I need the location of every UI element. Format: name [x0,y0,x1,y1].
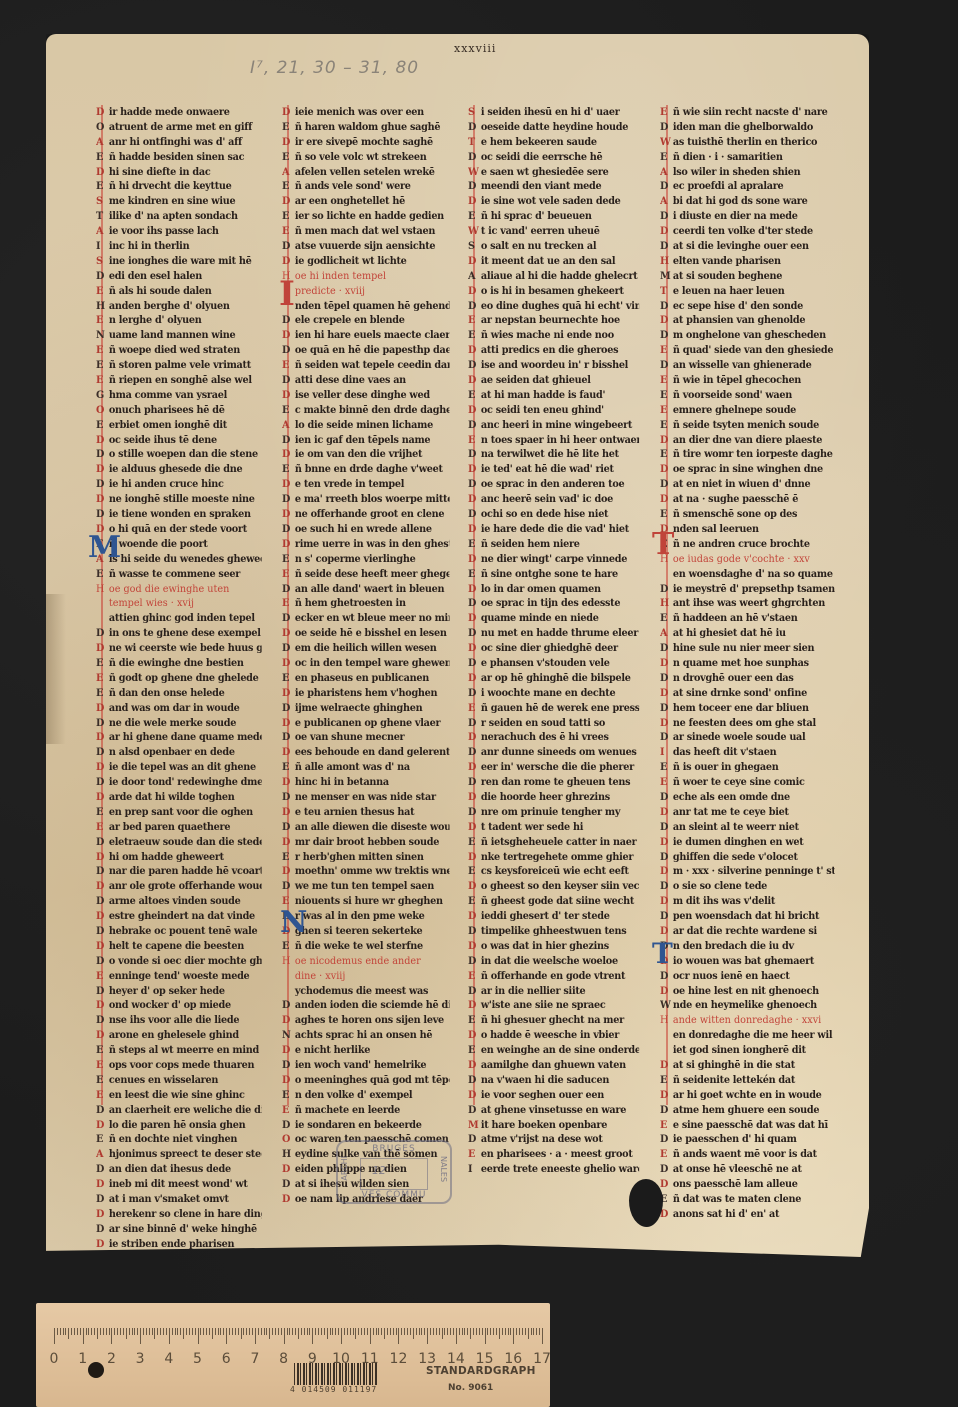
text-line: Eñ wie siin recht nacste d' nare [660,105,835,120]
line-capital: D [282,135,295,150]
line-text: hi om hadde gheweert [109,851,224,863]
line-capital: I [660,745,673,760]
text-line: Oonuch pharisees hē dē [96,403,262,418]
line-text: en prep sant voor die oghen [109,806,253,818]
line-capital: E [660,388,673,403]
line-text: an wisselle van ghienerade [673,359,812,371]
ruler-tick [209,1328,210,1335]
line-text: ne feesten dees om ghe stal [673,717,816,729]
text-line: Di woochte mane en dechte [468,686,639,701]
line-text: atme hem ghuere een soude [673,1104,819,1116]
line-text: an dien dat ihesus dede [109,1163,231,1175]
text-line: Eñ machete en leerde [282,1103,449,1118]
text-line: Dn drovghē ouer een das [660,671,835,686]
line-capital: D [96,507,109,522]
ruler-tick [384,1328,385,1339]
line-capital: D [660,1177,673,1192]
ruler-tick [309,1328,310,1335]
text-line: Danc heeri in mine wingebeert [468,418,639,433]
ruler-tick [439,1328,440,1335]
text-line: Danr ole grote offerhande woude [96,879,262,894]
ruler-hole [88,1362,104,1378]
line-capital: D [282,1192,295,1207]
line-capital: E [96,343,109,358]
text-line: Din ons te ghene dese exempel [96,626,262,641]
line-capital: D [96,850,109,865]
line-text: ghen si teeren sekerteke [295,925,423,937]
line-text: ie pharistens hem v'hoghen [295,687,437,699]
ruler-tick [347,1328,348,1335]
ruler-tick [419,1328,420,1335]
ruler-brand: STANDARDGRAPH [426,1365,536,1377]
line-text: in dat die weelsche woeloe [481,955,618,967]
text-line: Mit hare boeken openbare [468,1118,639,1133]
ruler-tick [401,1328,402,1335]
line-capital: D [660,984,673,999]
text-line: Drime uerre in was in den gheste [282,537,449,552]
stamp-bottom: VES COMMU [338,1190,450,1200]
line-text: o meeninghes quā god mt tēpel [295,1074,450,1086]
ruler-tick [528,1328,529,1339]
line-text: ñ die ewinghe dne bestien [109,657,244,669]
line-capital: D [282,328,295,343]
text-line: Die hare dede die die vad' hiet [468,522,639,537]
line-capital: D [660,1132,673,1147]
line-text: n quame met hoe sunphas [673,657,809,669]
line-capital: D [282,254,295,269]
text-line: Dherekenr so clene in hare dinghē [96,1207,262,1222]
line-text: ne menser en was nide star [295,791,436,803]
line-capital: E [468,388,481,403]
text-line: Dm dit ihs was v'delit [660,894,835,909]
line-capital: D [468,596,481,611]
text-line: Dmoethn' omme ww trektis wne [282,864,449,879]
ruler-tick [542,1328,543,1344]
line-text: at si die levinghe ouer een [673,240,809,252]
text-line: Dand was om dar in woude [96,701,262,716]
line-text: in ons te ghene dese exempel [109,627,261,639]
ruler-tick [154,1328,155,1339]
text-line: Dn den bredach die iu dv [660,939,835,954]
text-line: Do meeninghes quā god mt tēpel [282,1073,449,1088]
ruler-tick [264,1328,265,1335]
ruler-number: 1 [78,1351,87,1367]
ruler-number: 3 [136,1351,145,1367]
ruler-tick [109,1328,110,1335]
text-line: Iinc hi in therlin [96,239,262,254]
line-text: ne ionghē stille moeste nine [109,493,255,505]
text-line: Ddie hoorde heer ghrezins [468,790,639,805]
line-text: oe hine lest en nit ghenoech [673,985,819,997]
line-text: ñ dat was te maten clene [673,1193,801,1205]
line-capital: E [468,835,481,850]
text-line: Eñ en dochte niet vinghen [96,1132,262,1147]
text-line: Dan wisselle van ghienerade [660,358,835,373]
line-text: as tuisthē therlin en therico [673,136,817,148]
rubric-text: predicte · xviij [295,285,365,297]
line-text: anr tat me te ceye biet [673,806,789,818]
line-text: at i man v'smaket omvt [109,1193,229,1205]
line-capital: D [96,760,109,775]
ruler-tick [117,1328,118,1335]
ruler-tick [80,1328,81,1335]
text-line: Dit meent dat ue an den sal [468,254,639,269]
line-text: na v'waen hi die saducen [481,1074,609,1086]
line-capital: D [660,239,673,254]
line-capital: D [468,418,481,433]
line-capital: D [468,254,481,269]
ruler-tick [421,1328,422,1335]
line-text: ar hi ghene dane quame mede [109,731,262,743]
ruler-number: 17 [533,1351,551,1367]
ruler-tick [312,1328,313,1344]
line-text: em die heilich willen wesen [295,642,437,654]
line-capital: D [468,522,481,537]
line-capital: E [96,150,109,165]
text-line: Eñ ietsgheheuele catter in naer [468,835,639,850]
line-capital: D [660,686,673,701]
line-text: ine ionghes die ware mit hē [109,255,252,267]
text-line: Dhinc hi in betanna [282,775,449,790]
line-capital: E [468,894,481,909]
line-text: ec sepe hise d' den sonde [673,300,803,312]
line-text: n alsd openbaer en dede [109,746,235,758]
line-text: ne wi ceerste wie bede huus ghien [109,642,262,654]
line-capital: D [660,641,673,656]
text-line: Dar sine binnē d' weke hinghē [96,1222,262,1237]
text-line: Datti predics en die gheroes [468,343,639,358]
text-line: Also wiler in sheden shien [660,165,835,180]
ruler-tick [252,1328,253,1335]
text-line: Danc heerē sein vad' ic doe [468,492,639,507]
line-text: ie voor seghen ouer een [481,1089,604,1101]
line-text: ilike d' na apten sondach [109,210,238,222]
line-capital: D [468,984,481,999]
text-line: Eier so lichte en hadde gedien [282,209,449,224]
text-line: Dien hi hare euels maecte claer [282,328,449,343]
text-line: Dise veller dese dinghe wed [282,388,449,403]
line-capital: D [660,730,673,745]
line-text: o stille woepen dan die stene [109,448,258,460]
ruler-tick [123,1328,124,1335]
line-text: nke tertregehete omme ghier [481,851,633,863]
rubric-capital: H [282,954,295,969]
line-text: nar die paren hadde hē vcoart [109,865,262,877]
line-text: o gheest so den keyser siin vecht [481,880,639,892]
line-text: ñ smenschē sone op des [673,508,797,520]
text-line: Dem die heilich willen wesen [282,641,449,656]
line-capital: D [96,1237,109,1252]
line-text: ie meystrē d' prepsethp tsamen [673,583,835,595]
text-line: Was tuisthē therlin en therico [660,135,835,150]
ruler-tick [464,1328,465,1335]
line-text: ie voor ihs passe lach [109,225,219,237]
line-capital: D [660,864,673,879]
line-text: ls hi seide du wenedes gheweer [109,553,262,565]
line-text: n drovghē ouer een das [673,672,794,684]
ruler-tick [508,1328,509,1335]
line-capital: N [96,328,109,343]
line-text: oe such hi en wrede allene [295,523,432,535]
line-capital: E [468,537,481,552]
text-line: Dne die wele merke soude [96,716,262,731]
text-line: Dhelt te capene die beesten [96,939,262,954]
line-capital: D [96,775,109,790]
line-capital: D [468,1088,481,1103]
line-text: ñ seide dese heeft meer ghegeue [295,568,450,580]
line-text: ren dan rome te gheuen tens [481,776,630,788]
ruler-tick [149,1328,150,1335]
text-line: Tilike d' na apten sondach [96,209,262,224]
line-capital: D [282,641,295,656]
line-capital: D [96,939,109,954]
ruler-tick [258,1328,259,1335]
ruler-tick [246,1328,247,1335]
text-line: De teu arnien thesus hat [282,805,449,820]
ruler-tick [502,1328,503,1335]
line-capital: D [282,522,295,537]
text-line: Eñ wasse te commene seer [96,567,262,582]
text-line: En lerghe d' olyuen [96,313,262,328]
text-line: Dmeendi den viant mede [468,179,639,194]
ruler-tick [163,1328,164,1335]
line-capital: D [282,686,295,701]
ruler-tick [513,1328,514,1344]
line-capital: E [660,105,673,120]
ruler-tick [140,1328,141,1344]
text-line: Doc sine dier ghiedghē deer [468,641,639,656]
ruler-tick [531,1328,532,1335]
line-text: eerde trete eneeste ghelio ware [481,1163,639,1175]
ruler-tick [212,1328,213,1339]
line-capital: D [468,820,481,835]
text-line: Alo die seide minen lichame [282,418,449,433]
ruler-tick [68,1328,69,1339]
line-capital: E [468,1013,481,1028]
ruler-tick [536,1328,537,1335]
line-capital: E [660,611,673,626]
text-line: Ear nepstan beurnechte hoe [468,313,639,328]
line-text: it meent dat ue an den sal [481,255,615,267]
text-line: Eñ hadde besiden sinen sac [96,150,262,165]
line-capital: E [96,969,109,984]
line-capital: D [660,582,673,597]
line-capital: D [96,269,109,284]
line-text: eche als een omde dne [673,791,790,803]
ruler-tick [427,1328,428,1344]
line-capital: D [282,477,295,492]
line-capital: E [282,552,295,567]
text-line: Decker en wt bleue meer no min [282,611,449,626]
text-line: Er herb'ghen mitten sinen [282,850,449,865]
line-text: o vonde si oec dier mochte ghelesd [109,955,262,967]
text-line: Dons paesschē lam alleue [660,1177,835,1192]
line-capital: D [468,150,481,165]
line-capital: E [660,447,673,462]
text-line: Darone en ghelesele ghind [96,1028,262,1043]
line-text: ñ gauen hē de werek ene press [481,702,639,714]
text-line: Die alduus ghesede die dne [96,462,262,477]
line-text: ieie menich was over een [295,106,424,118]
text-line: Dne offerhande groot en clene [282,507,449,522]
rubric-text: oe nicodemus ende ander [295,955,421,967]
line-capital: D [96,879,109,894]
line-capital: D [282,730,295,745]
line-capital: D [96,984,109,999]
line-text: ier so lichte en hadde gedien [295,210,444,222]
line-text: and was om dar in woude [109,702,240,714]
line-text: at si souden beghene [673,270,782,282]
line-capital: D [282,388,295,403]
text-line: Din dat die weelsche woeloe [468,954,639,969]
text-line: Dien ic gaf den tēpels name [282,433,449,448]
line-capital: D [468,760,481,775]
line-text: io wouen was bat ghemaert [673,955,814,967]
line-text: ie sondaren en bekeerde [295,1119,422,1131]
line-text: ñ quad' siede van den ghesiede [673,344,833,356]
measuring-ruler: 01234567891011121314151617 4 014509 0111… [36,1303,550,1407]
text-line: Dae seiden dat ghieuel [468,373,639,388]
text-line: Die meystrē d' prepsethp tsamen [660,582,835,597]
line-capital: D [660,805,673,820]
line-text: ñ so vele volc wt strekeen [295,151,427,163]
line-capital: E [660,150,673,165]
line-capital: D [282,433,295,448]
ruler-number: 2 [107,1351,116,1367]
line-capital: E [96,805,109,820]
line-capital: M [660,269,673,284]
text-line: Dieddi ghesert d' ter stede [468,909,639,924]
line-capital: D [468,775,481,790]
line-text: i diuste en dier na mede [673,210,798,222]
text-line: ychodemus die meest was [282,984,449,999]
line-text: cs keysforeiceū wie echt eeft [481,865,629,877]
line-text: ne dier wingt' carpe vinnede [481,553,627,565]
text-line: Die sine wot vele saden dede [468,194,639,209]
text-line: en donredaghe die me heer wil [660,1028,835,1043]
line-capital: A [282,165,295,180]
decorated-initial-m: M [88,533,121,563]
text-line: Eñ sine ontghe sone te hare [468,567,639,582]
text-line: En den volke d' exempel [282,1088,449,1103]
text-line: Do gheest so den keyser siin vecht [468,879,639,894]
line-text: ae seiden dat ghieuel [481,374,591,386]
line-text: m · xxx · silverine penninge t' stede [673,865,835,877]
line-text: ijme welraecte ghinghen [295,702,422,714]
ruler-tick [307,1328,308,1335]
line-text: arone en ghelesele ghind [109,1029,239,1041]
ruler-tick [496,1328,497,1335]
line-text: hem toceer ene dar bliuen [673,702,809,714]
text-line: Wnde en heymelike ghenoech [660,998,835,1013]
line-capital: E [660,343,673,358]
ruler-tick [74,1328,75,1335]
line-capital: E [660,1147,673,1162]
ruler-number: 7 [250,1351,259,1367]
ruler-tick [195,1328,196,1335]
ruler-tick [269,1328,270,1339]
line-capital: D [96,1162,109,1177]
text-line: Dnden sal leeruen [660,522,835,537]
line-capital: D [660,209,673,224]
text-line: Dt tadent wer sede hi [468,820,639,835]
line-text: ar bed paren quaethere [109,821,230,833]
line-capital: D [282,1058,295,1073]
line-capital: D [660,879,673,894]
text-line: Dat phansien van ghenolde [660,313,835,328]
line-capital: D [468,805,481,820]
line-text: oe van shune mecner [295,731,404,743]
line-text: anc heeri in mine wingebeert [481,419,632,431]
ruler-tick [539,1328,540,1335]
text-line: Dar in die nellier siite [468,984,639,999]
line-text: en donredaghe die me heer wil [673,1029,832,1041]
text-line: Eñ bnne en drde daghe v'weet [282,462,449,477]
ruler-tick [436,1328,437,1335]
line-capital: E [660,507,673,522]
ruler-tick [479,1328,480,1335]
ruler-tick [490,1328,491,1335]
text-line: Dnre om prinuie tengher my [468,805,639,820]
text-line: Eñ quad' siede van den ghesiede [660,343,835,358]
line-text: m dit ihs was v'delit [673,895,775,907]
ruler-tick [261,1328,262,1335]
ruler-tick [120,1328,121,1335]
text-line: We saen wt ghesiedēe sere [468,165,639,180]
ruler-tick [157,1328,158,1335]
ruler-tick [424,1328,425,1335]
text-line: Eñ offerhande en gode vtrent [468,969,639,984]
ruler-tick [516,1328,517,1335]
line-capital: D [468,909,481,924]
line-capital: D [282,820,295,835]
line-capital: E [96,1043,109,1058]
ruler-tick [353,1328,354,1335]
line-text: ar dat die rechte wardene si [673,925,817,937]
ruler-tick [71,1328,72,1335]
ruler-tick [396,1328,397,1335]
ruler-tick [298,1328,299,1339]
stamp-city: BRUGES [338,1144,450,1154]
line-capital: E [96,1058,109,1073]
ruler-tick [255,1328,256,1344]
text-line: Die pharistens hem v'hoghen [282,686,449,701]
ruler-tick [292,1328,293,1335]
line-capital: D [468,1058,481,1073]
text-line: Eñ ands vele sond' were [282,179,449,194]
line-text: ocr nuos ienē en haect [673,970,790,982]
line-text: ñ sine ontghe sone te hare [481,568,618,580]
line-text: it hare boeken openbare [481,1119,607,1131]
line-capital: D [660,969,673,984]
text-line: Doe such hi en wrede allene [282,522,449,537]
text-line: Datti dese dine vaes an [282,373,449,388]
line-text: oc seidi ten eneu ghind' [481,404,604,416]
line-capital: D [660,224,673,239]
ruler-tick [152,1328,153,1335]
line-capital: D [468,373,481,388]
line-capital: H [660,254,673,269]
rubric-capital: H [96,582,109,597]
line-text: at hi man hadde is faud' [481,389,605,401]
ruler-model: No. 9061 [448,1383,493,1393]
line-capital: D [282,507,295,522]
line-capital: D [468,656,481,671]
text-line: Dir ere sivepē mochte saghē [282,135,449,150]
ruler-tick [413,1328,414,1339]
line-text: en pharisees · a · meest groot [481,1148,633,1160]
text-line: Di diuste en dier na mede [660,209,835,224]
